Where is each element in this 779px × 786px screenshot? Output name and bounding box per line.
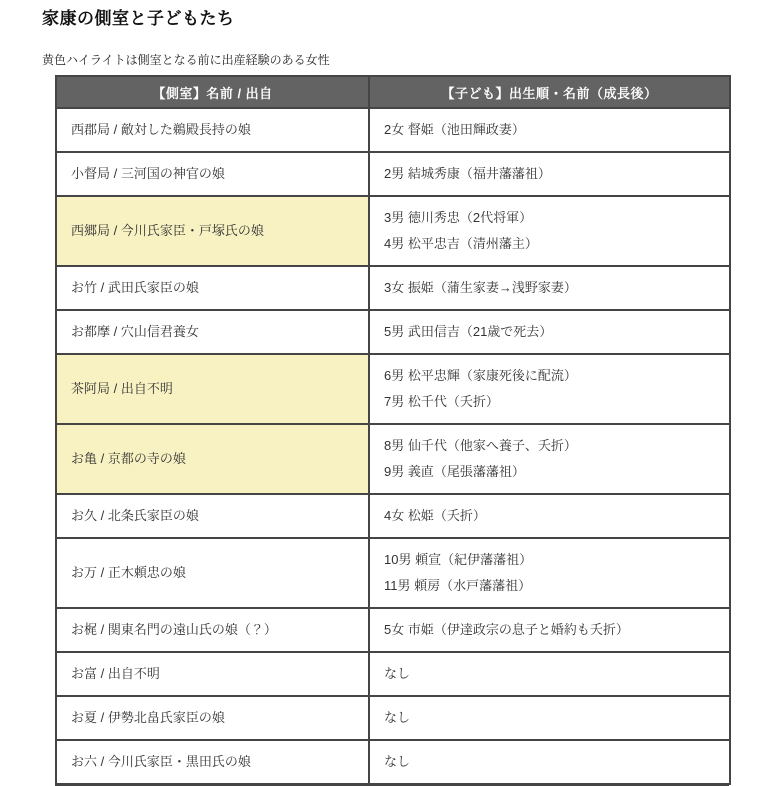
table-row: お久 / 北条氏家臣の娘 4女 松姫（夭折） [56,494,730,538]
child-entry: なし [384,661,715,687]
table-row: お六 / 今川氏家臣・黒田氏の娘 なし [56,740,730,784]
child-entry: 9男 義直（尾張藩藩祖） [384,459,715,485]
table-body: 西郡局 / 敵対した鵜殿長持の娘 2女 督姫（池田輝政妻） 小督局 / 三河国の… [56,108,730,784]
children-cell: 2男 結城秀康（福井藩藩祖） [369,152,730,196]
table-row: 西郡局 / 敵対した鵜殿長持の娘 2女 督姫（池田輝政妻） [56,108,730,152]
child-entry: 2女 督姫（池田輝政妻） [384,117,715,143]
concubine-cell: お亀 / 京都の寺の娘 [56,424,369,494]
table-row: お万 / 正木頼忠の娘 10男 頼宣（紀伊藩藩祖）11男 頼房（水戸藩藩祖） [56,538,730,608]
header-children-column: 【子ども】出生順・名前（成長後） [369,76,730,108]
concubine-cell: お竹 / 武田氏家臣の娘 [56,266,369,310]
child-entry: なし [384,749,715,775]
children-cell: 10男 頼宣（紀伊藩藩祖）11男 頼房（水戸藩藩祖） [369,538,730,608]
child-entry: 3男 徳川秀忠（2代将軍） [384,205,715,231]
child-entry: 3女 振姫（蒲生家妻→浅野家妻） [384,275,715,301]
table-row: お富 / 出自不明 なし [56,652,730,696]
concubine-cell: お万 / 正木頼忠の娘 [56,538,369,608]
children-cell: 3女 振姫（蒲生家妻→浅野家妻） [369,266,730,310]
child-entry: 10男 頼宣（紀伊藩藩祖） [384,547,715,573]
page-title: 家康の側室と子どもたち [42,8,737,31]
table-row: お竹 / 武田氏家臣の娘 3女 振姫（蒲生家妻→浅野家妻） [56,266,730,310]
table-header: 【側室】名前 / 出自 【子ども】出生順・名前（成長後） [56,76,730,108]
children-cell: 6男 松平忠輝（家康死後に配流）7男 松千代（夭折） [369,354,730,424]
child-entry: 4男 松平忠吉（清州藩主） [384,231,715,257]
table-row: お夏 / 伊勢北畠氏家臣の娘 なし [56,696,730,740]
concubine-cell: お都摩 / 穴山信君養女 [56,310,369,354]
table-row: お梶 / 関東名門の遠山氏の娘（？） 5女 市姫（伊達政宗の息子と婚約も夭折） [56,608,730,652]
table-row: お亀 / 京都の寺の娘 8男 仙千代（他家へ養子、夭折）9男 義直（尾張藩藩祖） [56,424,730,494]
child-entry: 2男 結城秀康（福井藩藩祖） [384,161,715,187]
concubines-children-table: 【側室】名前 / 出自 【子ども】出生順・名前（成長後） 西郡局 / 敵対した鵜… [55,75,731,785]
table-header-row: 【側室】名前 / 出自 【子ども】出生順・名前（成長後） [56,76,730,108]
table-row: お都摩 / 穴山信君養女 5男 武田信吉（21歳で死去） [56,310,730,354]
concubine-cell: お梶 / 関東名門の遠山氏の娘（？） [56,608,369,652]
concubine-cell: お久 / 北条氏家臣の娘 [56,494,369,538]
concubine-cell: 小督局 / 三河国の神官の娘 [56,152,369,196]
child-entry: 7男 松千代（夭折） [384,389,715,415]
child-entry: 6男 松平忠輝（家康死後に配流） [384,363,715,389]
table-row: 西郷局 / 今川氏家臣・戸塚氏の娘 3男 徳川秀忠（2代将軍）4男 松平忠吉（清… [56,196,730,266]
child-entry: 5女 市姫（伊達政宗の息子と婚約も夭折） [384,617,715,643]
article-content: 家康の側室と子どもたち 黄色ハイライトは側室となる前に出産経験のある女性 【側室… [0,0,779,785]
children-cell: なし [369,652,730,696]
concubine-cell: 西郡局 / 敵対した鵜殿長持の娘 [56,108,369,152]
concubine-cell: 茶阿局 / 出自不明 [56,354,369,424]
children-cell: なし [369,740,730,784]
concubine-cell: お六 / 今川氏家臣・黒田氏の娘 [56,740,369,784]
concubine-cell: お富 / 出自不明 [56,652,369,696]
table-row: 茶阿局 / 出自不明 6男 松平忠輝（家康死後に配流）7男 松千代（夭折） [56,354,730,424]
concubine-cell: お夏 / 伊勢北畠氏家臣の娘 [56,696,369,740]
children-cell: 8男 仙千代（他家へ養子、夭折）9男 義直（尾張藩藩祖） [369,424,730,494]
table-row: 小督局 / 三河国の神官の娘 2男 結城秀康（福井藩藩祖） [56,152,730,196]
children-cell: なし [369,696,730,740]
highlight-legend-note: 黄色ハイライトは側室となる前に出産経験のある女性 [42,53,737,67]
children-cell: 5女 市姫（伊達政宗の息子と婚約も夭折） [369,608,730,652]
child-entry: 8男 仙千代（他家へ養子、夭折） [384,433,715,459]
child-entry: 11男 頼房（水戸藩藩祖） [384,573,715,599]
child-entry: なし [384,705,715,731]
children-cell: 2女 督姫（池田輝政妻） [369,108,730,152]
child-entry: 4女 松姫（夭折） [384,503,715,529]
header-concubine-column: 【側室】名前 / 出自 [56,76,369,108]
concubine-cell: 西郷局 / 今川氏家臣・戸塚氏の娘 [56,196,369,266]
children-cell: 5男 武田信吉（21歳で死去） [369,310,730,354]
children-cell: 3男 徳川秀忠（2代将軍）4男 松平忠吉（清州藩主） [369,196,730,266]
child-entry: 5男 武田信吉（21歳で死去） [384,319,715,345]
children-cell: 4女 松姫（夭折） [369,494,730,538]
